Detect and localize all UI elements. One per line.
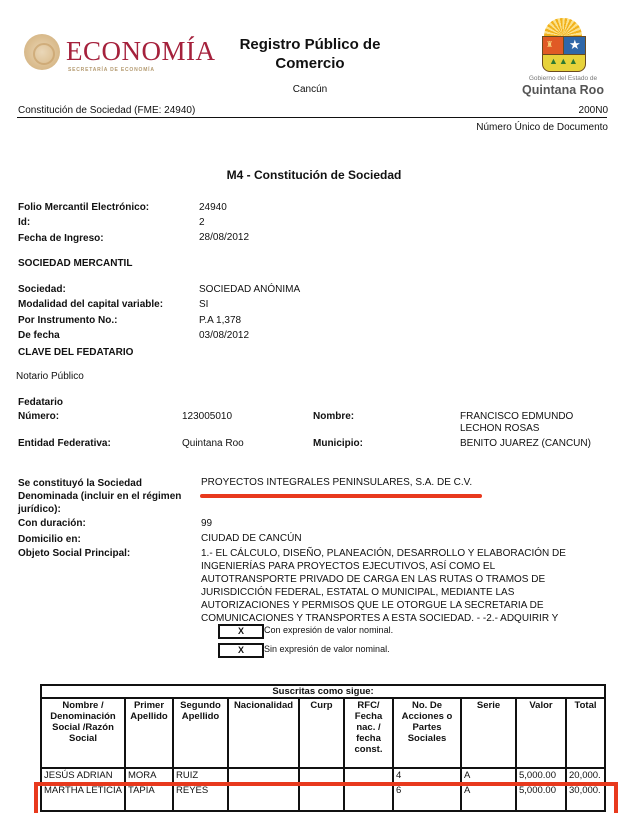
col-rfc: RFC/ Fecha nac. / fecha const.	[344, 698, 393, 768]
quintana-roo-logo-line2: Quintana Roo	[515, 83, 611, 97]
table-row: JESÚS ADRIAN MORA RUIZ 4 A 5,000.00 20,0…	[41, 768, 605, 783]
cell-primer-apellido: MORA	[125, 768, 173, 783]
objeto-social-text: 1.- EL CÁLCULO, DISEÑO, PLANEACIÓN, DESA…	[201, 547, 596, 625]
trees-icon: ▲▲▲	[549, 56, 579, 66]
instrumento-label: Por Instrumento No.:	[18, 315, 117, 326]
folio-label: Folio Mercantil Electrónico:	[18, 202, 149, 213]
cell-valor: 5,000.00	[516, 768, 566, 783]
denominada-value: PROYECTOS INTEGRALES PENINSULARES, S.A. …	[201, 477, 472, 488]
nombre-value-line1: FRANCISCO EDMUNDO	[460, 411, 573, 422]
cell-nacionalidad	[228, 768, 299, 783]
fecha-ingreso-value: 28/08/2012	[199, 232, 249, 243]
mexico-seal-icon	[24, 34, 60, 70]
domicilio-label: Domicilio en:	[18, 534, 81, 545]
page-title: Registro Público de Comercio	[210, 35, 410, 73]
economia-logo-text: ECONOMÍA	[66, 36, 216, 67]
numero-value: 123005010	[182, 411, 232, 422]
instrumento-value: P.A 1,378	[199, 315, 241, 326]
duracion-value: 99	[201, 518, 212, 529]
table-caption: Suscritas como sigue:	[41, 685, 605, 698]
title-line-2: Comercio	[210, 54, 410, 73]
clave-fedatario-value: Notario Público	[16, 371, 84, 382]
quintana-roo-logo: ♜ ★ ▲▲▲ Gobierno del Estado de Quintana …	[515, 15, 611, 100]
entidad-value: Quintana Roo	[182, 438, 244, 449]
objeto-label: Objeto Social Principal:	[18, 548, 130, 559]
clave-fedatario-heading: CLAVE DEL FEDATARIO	[18, 347, 133, 358]
capital-variable-label: Modalidad del capital variable:	[18, 299, 163, 310]
numero-label: Número:	[18, 411, 59, 422]
checkbox-sin-valor-nominal-label: Sin expresión de valor nominal.	[264, 644, 390, 654]
cell-rfc	[344, 768, 393, 783]
header-divider	[17, 117, 607, 118]
fedatario-heading: Fedatario	[18, 397, 63, 408]
document-code: 200N0	[579, 105, 608, 116]
cell-curp	[299, 768, 344, 783]
cell-nombre: JESÚS ADRIAN	[41, 768, 125, 783]
denominada-label: Se constituyó la Sociedad Denominada (in…	[18, 477, 181, 516]
sun-icon	[544, 18, 582, 36]
id-label: Id:	[18, 217, 30, 228]
checkbox-sin-valor-nominal[interactable]: X	[218, 643, 264, 658]
cell-total: 20,000.	[566, 768, 605, 783]
capital-variable-value: SI	[199, 299, 208, 310]
col-nombre: Nombre / Denominación Social /Razón Soci…	[41, 698, 125, 768]
domicilio-value: CIUDAD DE CANCÚN	[201, 533, 302, 544]
id-value: 2	[199, 217, 205, 228]
economia-logo: ECONOMÍA SECRETARÍA DE ECONOMÍA	[22, 30, 212, 80]
quintana-roo-logo-line1: Gobierno del Estado de	[515, 75, 611, 82]
sociedad-mercantil-heading: SOCIEDAD MERCANTIL	[18, 258, 132, 269]
col-valor: Valor	[516, 698, 566, 768]
duracion-label: Con duración:	[18, 518, 86, 529]
document-type: Constitución de Sociedad (FME: 24940)	[18, 105, 195, 116]
section-title: M4 - Constitución de Sociedad	[0, 168, 628, 182]
col-curp: Curp	[299, 698, 344, 768]
col-primer-apellido: Primer Apellido	[125, 698, 173, 768]
col-serie: Serie	[461, 698, 516, 768]
fortress-icon: ♜	[546, 40, 553, 49]
col-nacionalidad: Nacionalidad	[228, 698, 299, 768]
col-total: Total	[566, 698, 605, 768]
checkbox-con-valor-nominal-label: Con expresión de valor nominal.	[264, 625, 393, 635]
de-fecha-value: 03/08/2012	[199, 330, 249, 341]
checkbox-con-valor-nominal[interactable]: X	[218, 624, 264, 639]
quintana-roo-shield-icon: ♜ ★ ▲▲▲	[540, 18, 586, 73]
economia-logo-subtitle: SECRETARÍA DE ECONOMÍA	[68, 67, 155, 73]
nombre-label: Nombre:	[313, 411, 354, 422]
municipio-label: Municipio:	[313, 438, 363, 449]
table-header-row: Nombre / Denominación Social /Razón Soci…	[41, 698, 605, 768]
cell-serie: A	[461, 768, 516, 783]
city: Cancún	[210, 84, 410, 95]
entidad-label: Entidad Federativa:	[18, 438, 111, 449]
document-code-label: Número Único de Documento	[476, 122, 608, 133]
col-segundo-apellido: Segundo Apellido	[173, 698, 228, 768]
cell-segundo-apellido: RUIZ	[173, 768, 228, 783]
fecha-ingreso-label: Fecha de Ingreso:	[18, 233, 104, 244]
sociedad-value: SOCIEDAD ANÓNIMA	[199, 284, 300, 295]
cell-acciones: 4	[393, 768, 461, 783]
title-line-1: Registro Público de	[210, 35, 410, 54]
star-icon: ★	[569, 37, 581, 53]
municipio-value: BENITO JUAREZ (CANCUN)	[460, 438, 591, 449]
red-highlight-box-annotation	[34, 782, 618, 813]
folio-value: 24940	[199, 202, 227, 213]
sociedad-label: Sociedad:	[18, 284, 66, 295]
de-fecha-label: De fecha	[18, 330, 60, 341]
red-underline-annotation	[200, 494, 482, 498]
nombre-value-line2: LECHON ROSAS	[460, 423, 539, 434]
col-acciones: No. De Acciones o Partes Sociales	[393, 698, 461, 768]
